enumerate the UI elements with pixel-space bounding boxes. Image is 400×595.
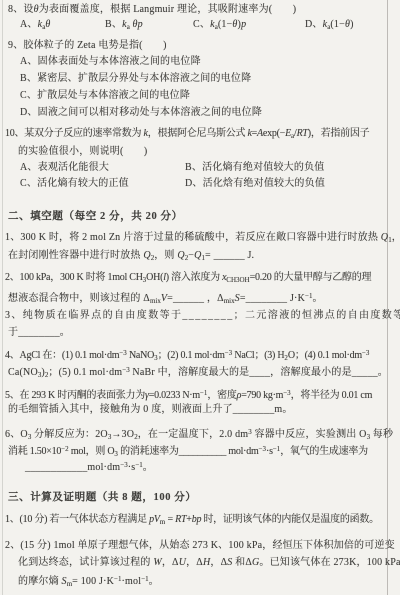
fill-question-3-line-1: 3、纯物质在临界点的自由度数等于________；二元溶液的恒沸点的自由度数等 — [0, 310, 400, 322]
fill-question-4-line-2: Ca(NO3)2；(5) 0.1 mol·dm−3 NaBr 中，溶解度最大的是… — [0, 364, 400, 381]
fill-question-1-line-1: 1、300 K 时，将 2 mol Zn 片溶于过量的稀硫酸中，若反应在敞口容器… — [0, 232, 400, 246]
question-8-option-b: B、ka θp — [105, 19, 143, 33]
question-10-option-c: C、活化熵有较大的正值 — [20, 178, 129, 190]
question-9-stem: 9、胶体粒子的 Zeta 电势是指( ) — [0, 40, 400, 52]
question-10-stem-line-2: 的实验值很小，则说明( ) — [0, 146, 400, 158]
question-10-option-b: B、活化熵有绝对值较大的负值 — [185, 162, 324, 174]
fill-question-6-line-3: ____________mol·dm−3·s−1。 — [0, 459, 400, 474]
question-9-option-a: A、固体表面处与本体溶液之间的电位降 — [0, 56, 400, 68]
question-10-stem-line-1: 10、某双分子反应的速率常数为 k，根据阿仑尼乌斯公式 k=Aexp(−Ea/R… — [0, 128, 400, 142]
calc-question-2-line-3: 的摩尔熵 Sm= 100 J·K−1·mol−1。 — [0, 573, 400, 590]
fill-question-3-line-2: 于________。 — [0, 327, 400, 339]
fill-question-6-line-2: 消耗 1.50×10−2 mol，则 O3 的消耗速率为__________ m… — [0, 443, 400, 460]
fill-question-6-line-1: 6、O3 分解反应为：2O3→3O2，在一定温度下，2.0 dm3 容器中反应，… — [0, 426, 400, 443]
question-8-option-c: C、ka(1−θ)p — [193, 19, 246, 33]
fill-question-1-line-2: 在封闭刚性容器中进行时放热 Q2，则 Q2−Q1= ______ J. — [0, 250, 400, 264]
fill-question-5-line-2: 的毛细管插入其中，接触角为 0 度，则液面上升了________m。 — [0, 404, 400, 416]
exam-page: 8、设θ为表面覆盖度，根据 Langmuir 理论，其吸附速率为( ) A、ka… — [0, 0, 400, 595]
fill-question-2-line-2: 想液态混合物中，则该过程的 ΔmixV=______ ，ΔmixS=______… — [0, 290, 400, 307]
question-9-option-b: B、紧密层、扩散层分界处与本体溶液之间的电位降 — [0, 73, 400, 85]
question-8-option-a: A、kaθ — [20, 19, 51, 33]
question-9-option-c: C、扩散层处与本体溶液之间的电位降 — [0, 90, 400, 102]
question-8-option-d: D、ka(1−θ) — [305, 19, 354, 33]
fill-question-5-line-1: 5、在 293 K 时丙酮的表面张力为γ=0.0233 N·m−1，密度ρ=79… — [0, 387, 400, 402]
calc-question-1-line-1: 1、(10 分) 若一气体状态方程满足 pVm = RT+bp 时，证明该气体的… — [0, 514, 400, 528]
question-9-option-d: D、固液之间可以相对移动处与本体溶液之间的电位降 — [0, 107, 400, 119]
calc-section-header: 三、计算及证明题（共 8 题，100 分） — [0, 492, 400, 504]
fill-question-2-line-1: 2、100 kPa，300 K 时将 1mol CH3OH(l) 溶入浓度为 x… — [0, 272, 400, 286]
fill-question-4-line-1: 4、AgCl 在：(1) 0.1 mol·dm−3 NaNO3；(2) 0.1 … — [0, 347, 400, 364]
calc-question-2-line-2: 化到达终态，试计算该过程的 W，ΔU，ΔH，ΔS 和ΔG。已知该气体在 273K… — [0, 557, 400, 569]
question-8-stem: 8、设θ为表面覆盖度，根据 Langmuir 理论，其吸附速率为( ) — [0, 4, 400, 16]
question-10-option-a: A、表观活化能很大 — [20, 162, 109, 174]
question-10-option-d: D、活化焓有绝对值较大的负值 — [185, 178, 325, 190]
fill-section-header: 二、填空题（每空 2 分，共 20 分） — [0, 211, 400, 223]
calc-question-2-line-1: 2、(15 分) 1mol 单原子理想气体，从始态 273 K、100 kPa，… — [0, 540, 400, 552]
